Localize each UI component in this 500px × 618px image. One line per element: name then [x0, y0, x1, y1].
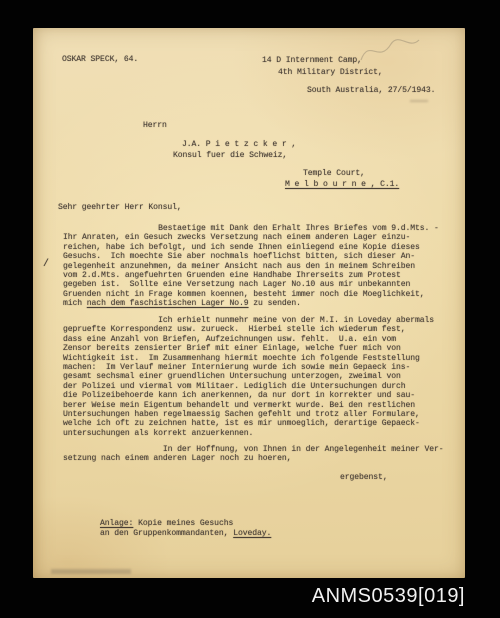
enclosure-line2-underlined: Loveday.	[233, 529, 271, 538]
date-line: South Australia, 27/5/1943.	[307, 86, 435, 95]
camp-address-line1: 14 D Internment Camp,	[262, 56, 362, 65]
recipient-role: Konsul fuer die Schweiz,	[173, 151, 287, 160]
sender-name: OSKAR SPECK, 64.	[62, 55, 138, 64]
black-mount-background: OSKAR SPECK, 64. 14 D Internment Camp, 4…	[0, 0, 500, 618]
recipient-address2: M e l b o u r n e , C.1.	[285, 180, 399, 189]
margin-slash-mark: /	[43, 260, 49, 269]
pencil-smudge-bottom-left	[51, 569, 131, 574]
enclosure-line1: Anlage: Kopie meines Gesuchs	[100, 519, 233, 528]
recipient-address1: Temple Court,	[303, 169, 365, 178]
body-paragraph-3: In der Hoffnung, von Ihnen in der Angele…	[63, 445, 444, 464]
recipient-prefix: Herrn	[143, 121, 167, 130]
body-paragraph-1: Bestaetige mit Dank den Erhalt Ihres Bri…	[63, 224, 439, 299]
enclosure-rest: Kopie meines Gesuchs	[133, 519, 233, 528]
p1-last-underlined: nach dem faschistischen Lager No.9	[87, 299, 249, 308]
archive-reference-label: ANMS0539[019]	[312, 585, 465, 608]
enclosure-label: Anlage:	[100, 519, 133, 528]
body-paragraph-1-last-line: mich nach dem faschistischen Lager No.9 …	[63, 299, 301, 308]
body-paragraph-2: Ich erhielt nunmehr meine von der M.I. i…	[63, 316, 434, 438]
pencil-mark-under-date	[410, 100, 428, 102]
p1-last-prefix: mich	[63, 299, 87, 308]
enclosure-line2-prefix: an den Gruppenkommandanten,	[100, 529, 233, 538]
pencil-squiggle-mark	[355, 30, 425, 70]
p1-last-suffix: zu senden.	[249, 299, 301, 308]
salutation: Sehr geehrter Herr Konsul,	[58, 203, 182, 212]
recipient-name: J.A. P i e t z c k e r ,	[182, 140, 296, 149]
closing-word: ergebenst,	[340, 473, 388, 482]
enclosure-line2: an den Gruppenkommandanten, Loveday.	[100, 529, 271, 538]
letter-scan-paper: OSKAR SPECK, 64. 14 D Internment Camp, 4…	[33, 28, 465, 578]
